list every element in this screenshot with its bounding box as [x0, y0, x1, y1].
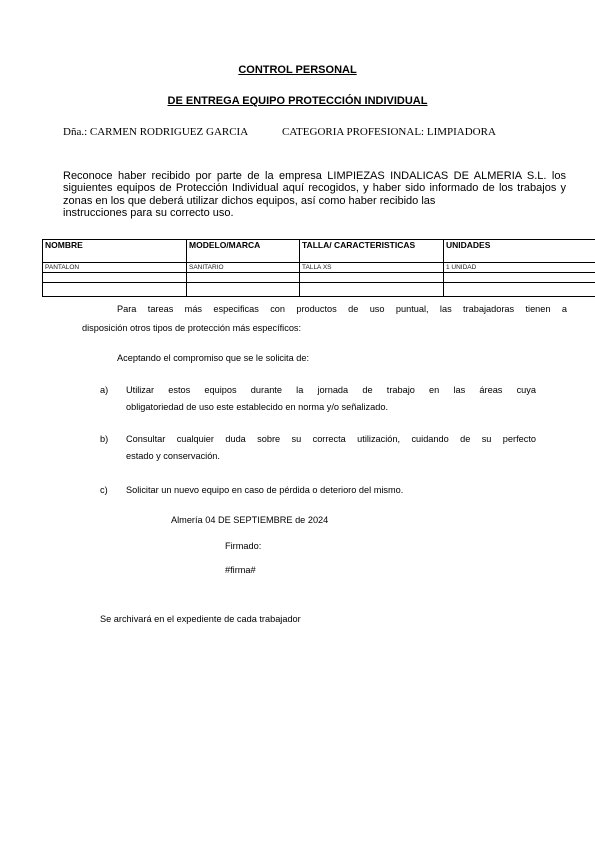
commitment-text-line-1: Utilizar estos equipos durante la jornad… — [126, 384, 536, 396]
specific-protection-paragraph: Para tareas más especificas con producto… — [82, 303, 567, 334]
table-row — [43, 283, 595, 297]
commitment-text-line-1: Solicitar un nuevo equipo en caso de pér… — [126, 485, 403, 495]
paragraph-line-2: disposición otros tipos de protección má… — [82, 322, 567, 334]
document-subtitle: DE ENTREGA EQUIPO PROTECCIÓN INDIVIDUAL — [0, 95, 595, 107]
header-unidades: UNIDADES — [444, 240, 595, 263]
intro-last-line: instrucciones para su correcto uso. — [63, 207, 566, 219]
footer-note: Se archivará en el expediente de cada tr… — [100, 613, 301, 625]
header-talla: TALLA/ CARACTERISTICAS — [300, 240, 444, 263]
employee-category: CATEGORIA PROFESIONAL: LIMPIADORA — [282, 126, 496, 138]
header-nombre: NOMBRE — [43, 240, 187, 263]
table-header-row: NOMBRE MODELO/MARCA TALLA/ CARACTERISTIC… — [43, 240, 595, 263]
commitment-text-line-1: Consultar cualquier duda sobre su correc… — [126, 433, 536, 445]
cell-nombre — [43, 283, 187, 297]
signature-placeholder: #firma# — [225, 564, 256, 576]
list-marker: a) — [100, 384, 108, 396]
cell-nombre: PANTALON — [43, 263, 187, 273]
date-line: Almería 04 DE SEPTIEMBRE de 2024 — [171, 514, 328, 526]
signed-label: Firmado: — [225, 540, 261, 552]
list-marker: b) — [100, 433, 108, 445]
cell-talla — [300, 273, 444, 283]
cell-unidades — [444, 273, 595, 283]
cell-unidades: 1 UNIDAD — [444, 263, 595, 273]
paragraph-line-1: Para tareas más especificas con producto… — [82, 303, 567, 315]
employee-name: Dña.: CARMEN RODRIGUEZ GARCIA — [63, 126, 248, 138]
header-modelo-marca: MODELO/MARCA — [187, 240, 300, 263]
cell-unidades — [444, 283, 595, 297]
commitment-text-line-2: estado y conservación. — [126, 450, 536, 462]
intro-text: Reconoce haber recibido por parte de la … — [63, 170, 566, 207]
list-marker: c) — [100, 484, 108, 496]
cell-modelo — [187, 283, 300, 297]
cell-modelo — [187, 273, 300, 283]
document-title: CONTROL PERSONAL — [0, 64, 595, 76]
cell-talla: TALLA XS — [300, 263, 444, 273]
equipment-table: NOMBRE MODELO/MARCA TALLA/ CARACTERISTIC… — [42, 239, 595, 297]
table-row: PANTALON SANITARIO TALLA XS 1 UNIDAD — [43, 263, 595, 273]
commitment-text-line-2: obligatoriedad de uso este establecido e… — [126, 401, 536, 413]
commitment-intro: Aceptando el compromiso que se le solici… — [117, 352, 309, 364]
cell-talla — [300, 283, 444, 297]
intro-paragraph: Reconoce haber recibido por parte de la … — [63, 170, 566, 220]
table-row — [43, 273, 595, 283]
cell-nombre — [43, 273, 187, 283]
cell-modelo: SANITARIO — [187, 263, 300, 273]
